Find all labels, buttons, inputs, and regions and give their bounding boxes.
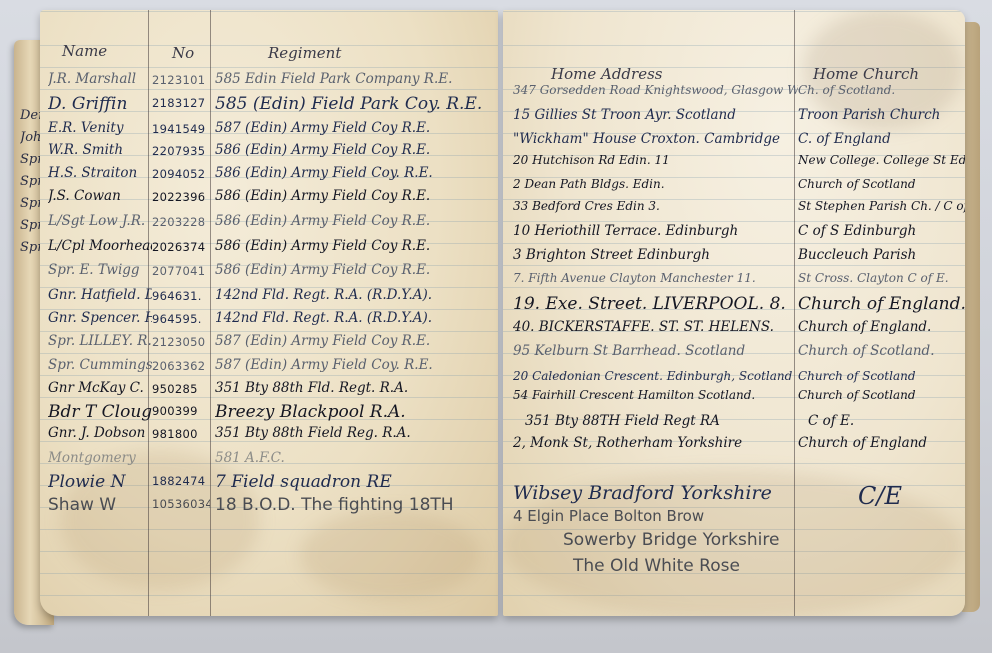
address-extra-line: The Old White Rose: [573, 556, 965, 578]
home-church: Ch. of Scotland.: [798, 83, 965, 97]
home-address: 20 Hutchison Rd Edin. 11: [513, 153, 798, 167]
service-number: 981800: [152, 425, 210, 441]
home-church: C of S Edinburgh: [798, 223, 965, 239]
header-home-address: Home Address: [551, 65, 662, 83]
service-number: 2207935: [152, 142, 210, 158]
service-number: 900399: [152, 402, 210, 418]
header-no: No: [172, 44, 194, 62]
soldier-name: W.R. Smith: [48, 142, 152, 158]
register-row: Gnr McKay C. 950285 351 Bty 88th Fld. Re…: [40, 380, 498, 402]
address-row: 10 Heriothill Terrace. Edinburgh C of S …: [503, 223, 965, 245]
soldier-name: J.R. Marshall: [48, 71, 152, 87]
left-page: Name No Regiment J.R. Marshall 2123101 5…: [40, 10, 498, 616]
address-row: 19. Exe. Street. LIVERPOOL. 8. Church of…: [503, 294, 965, 316]
regiment: 587 (Edin) Army Field Coy. R.E.: [215, 357, 498, 373]
register-row: W.R. Smith 2207935 586 (Edin) Army Field…: [40, 142, 498, 164]
home-address: 33 Bedford Cres Edin 3.: [513, 199, 798, 213]
home-address: 95 Kelburn St Barrhead. Scotland: [513, 343, 798, 359]
address-row: 95 Kelburn St Barrhead. Scotland Church …: [503, 343, 965, 365]
address-row: 54 Fairhill Crescent Hamilton Scotland. …: [503, 388, 965, 410]
service-number: 964631.: [152, 287, 210, 303]
home-address: 351 Bty 88TH Field Regt RA: [525, 413, 810, 429]
address-row: "Wickham" House Croxton. Cambridge C. of…: [503, 131, 965, 153]
soldier-name: Spr. LILLEY. R.: [48, 333, 152, 349]
home-address: 3 Brighton Street Edinburgh: [513, 247, 798, 263]
home-church: C/E: [858, 482, 965, 510]
home-church: C. of England: [798, 131, 965, 147]
register-row: J.R. Marshall 2123101 585 Edin Field Par…: [40, 71, 498, 93]
soldier-name: Spr. E. Twigg: [48, 262, 152, 278]
home-address: "Wickham" House Croxton. Cambridge: [513, 131, 798, 147]
home-address: 15 Gillies St Troon Ayr. Scotland: [513, 107, 798, 123]
address-row: 2, Monk St, Rotherham Yorkshire Church o…: [503, 435, 965, 457]
soldier-name: Bdr T Clough: [48, 402, 152, 422]
home-address: 7. Fifth Avenue Clayton Manchester 11.: [513, 271, 798, 285]
register-row: Spr. Cummings W. 2063362 587 (Edin) Army…: [40, 357, 498, 379]
home-address: 54 Fairhill Crescent Hamilton Scotland.: [513, 388, 798, 402]
soldier-name: L/Cpl Moorhead: [48, 238, 152, 254]
register-row: Spr. E. Twigg 2077041 586 (Edin) Army Fi…: [40, 262, 498, 284]
soldier-name: Montgomery: [48, 450, 152, 466]
register-row: Montgomery 581 A.F.C.: [40, 450, 498, 472]
open-notebook: Dennis John Spr. Spr. Spr. Spr. Spr. Nam…: [0, 0, 992, 653]
home-address: 20 Caledonian Crescent. Edinburgh, Scotl…: [513, 369, 798, 383]
regiment: 18 B.O.D. The fighting 18TH: [215, 495, 498, 515]
address-row: 2 Dean Path Bldgs. Edin. Church of Scotl…: [503, 177, 965, 199]
address-row: 351 Bty 88TH Field Regt RA C of E.: [503, 413, 965, 435]
regiment: 581 A.F.C.: [215, 450, 498, 466]
address-row: 15 Gillies St Troon Ayr. Scotland Troon …: [503, 107, 965, 129]
home-church: Church of England: [798, 435, 965, 451]
soldier-name: Shaw W: [48, 495, 152, 515]
home-church: Buccleuch Parish: [798, 247, 965, 263]
service-number: 2094052: [152, 165, 210, 181]
home-address: 4 Elgin Place Bolton Brow: [513, 507, 843, 525]
soldier-name: Spr. Cummings W.: [48, 357, 152, 373]
right-page: Home Address Home Church 347 Gorsedden R…: [503, 10, 965, 616]
home-address: 40. BICKERSTAFFE. ST. ST. HELENS.: [513, 319, 798, 335]
address-row: 347 Gorsedden Road Knightswood, Glasgow …: [503, 83, 965, 105]
service-number: 964595.: [152, 310, 210, 326]
service-number: 2123050: [152, 333, 210, 349]
soldier-name: Gnr. J. Dobson: [48, 425, 152, 441]
soldier-name: Gnr. Spencer. H.: [48, 310, 152, 326]
service-number: 950285: [152, 380, 210, 396]
regiment: 586 (Edin) Army Field Coy R.E.: [215, 213, 498, 229]
address-row: 20 Hutchison Rd Edin. 11 New College. Co…: [503, 153, 965, 175]
service-number: 1882474: [152, 472, 210, 488]
regiment: 351 Bty 88th Field Reg. R.A.: [215, 425, 498, 441]
regiment: 351 Bty 88th Fld. Regt. R.A.: [215, 380, 498, 396]
home-address: 2 Dean Path Bldgs. Edin.: [513, 177, 798, 191]
regiment: 586 (Edin) Army Field Coy R.E.: [215, 238, 498, 254]
home-address: 10 Heriothill Terrace. Edinburgh: [513, 223, 798, 239]
soldier-name: J.S. Cowan: [48, 188, 152, 204]
home-church: Church of Scotland: [798, 177, 965, 191]
home-church: Church of England.: [798, 294, 965, 314]
regiment: 587 (Edin) Army Field Coy R.E.: [215, 333, 498, 349]
home-address: Wibsey Bradford Yorkshire: [513, 482, 843, 504]
service-number: 2183127: [152, 94, 210, 110]
address-row: 4 Elgin Place Bolton Brow: [503, 507, 965, 529]
regiment: 586 (Edin) Army Field Coy R.E.: [215, 142, 498, 158]
service-number: 2077041: [152, 262, 210, 278]
register-row: Gnr. J. Dobson 981800 351 Bty 88th Field…: [40, 425, 498, 447]
regiment: 585 (Edin) Field Park Coy. R.E.: [215, 94, 498, 114]
home-church: Church of Scotland: [798, 388, 965, 402]
soldier-name: E.R. Venity: [48, 120, 152, 136]
header-regiment: Regiment: [268, 44, 341, 62]
header-home-church: Home Church: [813, 65, 919, 83]
soldier-name: H.S. Straiton: [48, 165, 152, 181]
home-church: Church of England.: [798, 319, 965, 335]
address-row: 33 Bedford Cres Edin 3. St Stephen Paris…: [503, 199, 965, 221]
soldier-name: Plowie N: [48, 472, 152, 492]
regiment: 585 Edin Field Park Company R.E.: [215, 71, 498, 87]
register-row: H.S. Straiton 2094052 586 (Edin) Army Fi…: [40, 165, 498, 187]
register-row: E.R. Venity 1941549 587 (Edin) Army Fiel…: [40, 120, 498, 142]
register-row: Gnr. Spencer. H. 964595. 142nd Fld. Regt…: [40, 310, 498, 332]
service-number: 2203228: [152, 213, 210, 229]
home-church: New College. College St Edin Scotland.: [798, 153, 965, 167]
address-row: 40. BICKERSTAFFE. ST. ST. HELENS. Church…: [503, 319, 965, 341]
regiment: 586 (Edin) Army Field Coy R.E.: [215, 262, 498, 278]
soldier-name: D. Griffin: [48, 94, 152, 114]
register-row: Spr. LILLEY. R. 2123050 587 (Edin) Army …: [40, 333, 498, 355]
home-church: St Stephen Parish Ch. / C of S Edinburgh: [798, 199, 965, 213]
regiment: 587 (Edin) Army Field Coy R.E.: [215, 120, 498, 136]
service-number: [152, 450, 210, 452]
home-church: Troon Parish Church: [798, 107, 965, 123]
soldier-name: L/Sgt Low J.R.: [48, 213, 152, 229]
address-row: 7. Fifth Avenue Clayton Manchester 11. S…: [503, 271, 965, 293]
register-row: Gnr. Hatfield. D. 964631. 142nd Fld. Reg…: [40, 287, 498, 309]
service-number: 2123101: [152, 71, 210, 87]
regiment: 586 (Edin) Army Field Coy R.E.: [215, 188, 498, 204]
service-number: 2063362: [152, 357, 210, 373]
home-church: Church of Scotland.: [798, 343, 965, 359]
regiment: 7 Field squadron RE: [215, 472, 498, 492]
register-row: L/Cpl Moorhead 2026374 586 (Edin) Army F…: [40, 238, 498, 260]
register-row: Shaw W 10536034 18 B.O.D. The fighting 1…: [40, 495, 498, 517]
home-church: Church of Scotland: [798, 369, 965, 383]
home-church: C of E.: [808, 413, 965, 429]
service-number: 2026374: [152, 238, 210, 254]
register-row: D. Griffin 2183127 585 (Edin) Field Park…: [40, 94, 498, 116]
header-name: Name: [62, 42, 107, 60]
service-number: 10536034: [152, 495, 210, 511]
register-row: L/Sgt Low J.R. 2203228 586 (Edin) Army F…: [40, 213, 498, 235]
regiment: 586 (Edin) Army Field Coy. R.E.: [215, 165, 498, 181]
soldier-name: Gnr. Hatfield. D.: [48, 287, 152, 303]
address-row: Wibsey Bradford Yorkshire C/E: [503, 482, 965, 504]
home-address: 19. Exe. Street. LIVERPOOL. 8.: [513, 294, 798, 314]
home-address: 347 Gorsedden Road Knightswood, Glasgow …: [513, 83, 798, 97]
home-church: St Cross. Clayton C of E.: [798, 271, 965, 285]
regiment: 142nd Fld. Regt. R.A. (R.D.Y.A).: [215, 287, 498, 303]
register-row: J.S. Cowan 2022396 586 (Edin) Army Field…: [40, 188, 498, 210]
service-number: 1941549: [152, 120, 210, 136]
address-row: 3 Brighton Street Edinburgh Buccleuch Pa…: [503, 247, 965, 269]
home-address: 2, Monk St, Rotherham Yorkshire: [513, 435, 798, 451]
regiment: Breezy Blackpool R.A.: [215, 402, 498, 422]
soldier-name: Gnr McKay C.: [48, 380, 152, 396]
service-number: 2022396: [152, 188, 210, 204]
regiment: 142nd Fld. Regt. R.A. (R.D.Y.A).: [215, 310, 498, 326]
address-extra-line: Sowerby Bridge Yorkshire: [563, 530, 965, 552]
register-row: Plowie N 1882474 7 Field squadron RE: [40, 472, 498, 494]
register-row: Bdr T Clough 900399 Breezy Blackpool R.A…: [40, 402, 498, 424]
